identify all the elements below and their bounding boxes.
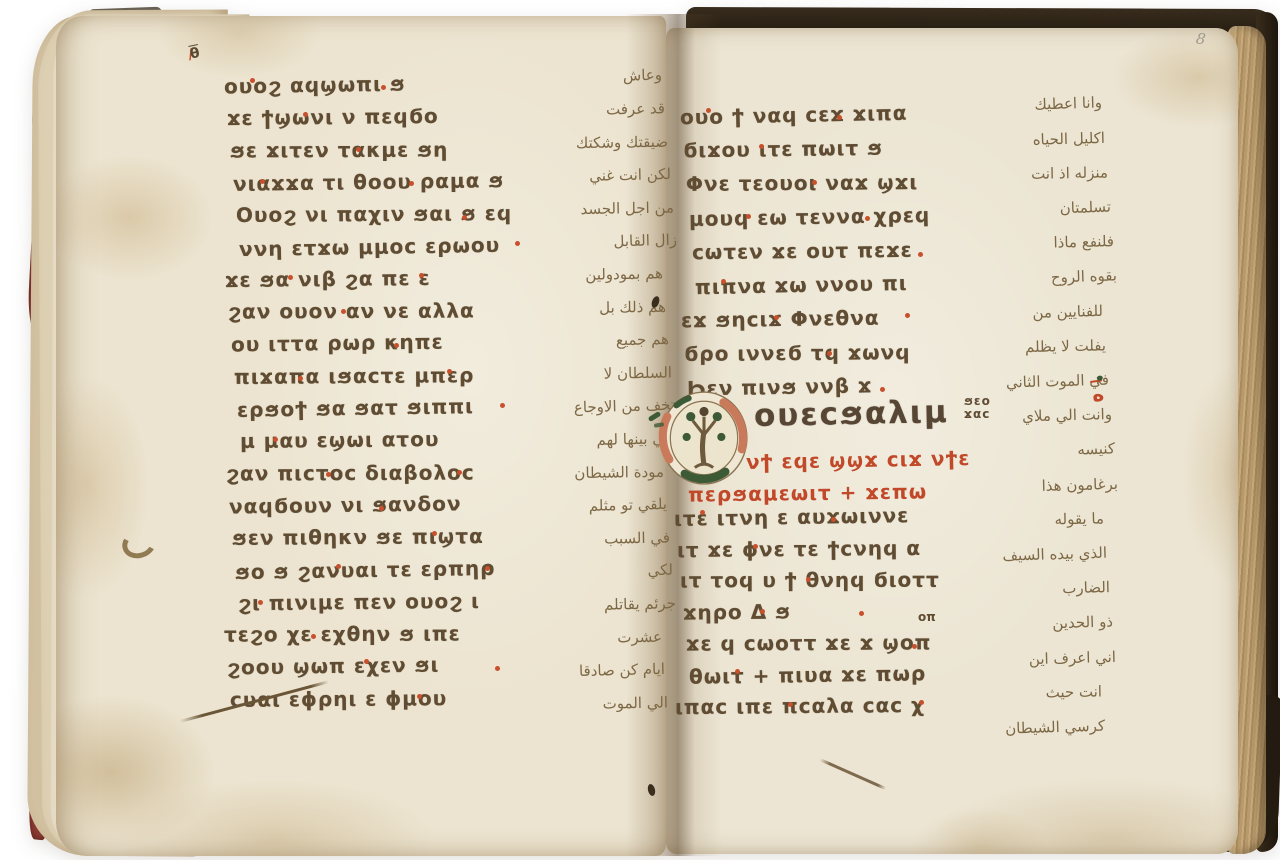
arabic-gloss-line: انت حيث: [942, 683, 1102, 704]
arabic-gloss-line: منزله اذ انت: [948, 164, 1108, 185]
arabic-gloss-line: وانت الي ملاي: [952, 406, 1112, 428]
arabic-gloss-line: برغامون هذا: [958, 475, 1118, 497]
manuscript-photograph: /θ ουοϩ αϥϣωπι ϧϫε ϯϣωνι ν πεϥϭοϧε ϫιτεν…: [0, 0, 1280, 860]
arabic-gloss-line: ذو الحدين: [953, 612, 1113, 635]
arabic-gloss-line: فلنفع ماذا: [954, 233, 1114, 255]
arabic-gloss-line: ما يقوله: [944, 510, 1104, 531]
interlinear-note: οπ: [918, 610, 936, 624]
arabic-gloss-line: اني اعرف اين: [956, 648, 1116, 670]
arabic-gloss-line: كرسي الشيطان: [945, 716, 1105, 739]
arabic-gloss-line: كنيسه: [955, 439, 1115, 462]
open-codex: /θ ουοϩ αϥϣωπι ϧϫε ϯϣωνι ν πεϥϭοϧε ϫιτεν…: [30, 6, 1276, 854]
arabic-gloss-line: اكليل الحياه: [945, 129, 1105, 151]
arabic-gloss-line: في الموت الثاني: [949, 370, 1109, 393]
arabic-gloss-line: تسلمتان: [951, 197, 1111, 220]
arabic-gloss-line: الذي بيده السيف: [947, 543, 1107, 566]
arabic-gloss-line: بقوه الروح: [957, 266, 1117, 289]
arabic-gloss-line: الضارب: [950, 579, 1110, 601]
arabic-gloss-line: للفنايين من: [943, 302, 1103, 324]
right-page-arabic-gloss: وانا اعطيكاكليل الحياهمنزله اذ انتتسلمتا…: [30, 6, 1276, 854]
arabic-gloss-line: وانا اعطيك: [942, 93, 1102, 116]
arabic-gloss-line: يفلت لا يظلم: [946, 337, 1106, 358]
